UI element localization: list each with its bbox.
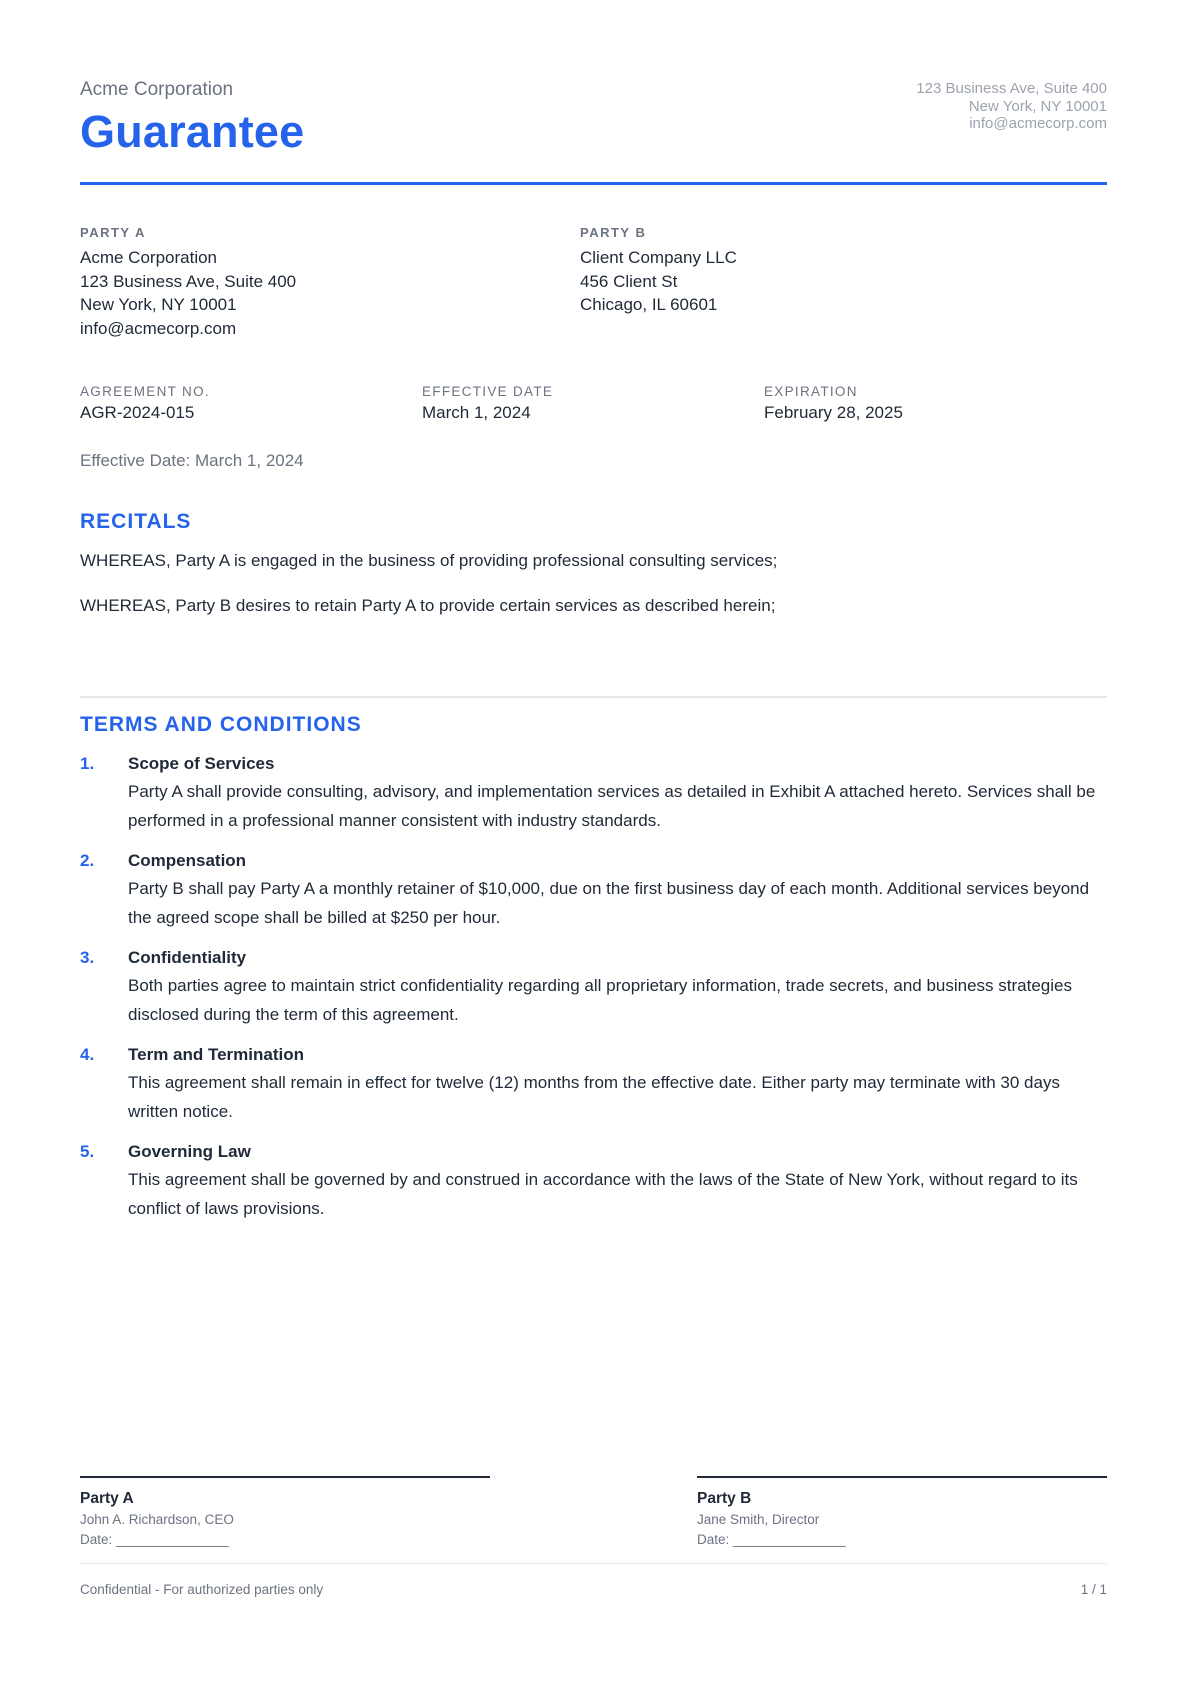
terms-heading: TERMS AND CONDITIONS [80, 713, 362, 737]
term-number: 1. [80, 754, 94, 774]
recital-paragraph: WHEREAS, Party B desires to retain Party… [80, 596, 775, 616]
address-line: 123 Business Ave, Suite 400 [916, 80, 1107, 98]
meta-value: AGR-2024-015 [80, 403, 410, 423]
term-title: Governing Law [128, 1142, 251, 1162]
signatory-name: John A. Richardson, CEO [80, 1510, 490, 1530]
signature-party: Party B [697, 1490, 1107, 1508]
company-address: 123 Business Ave, Suite 400 New York, NY… [916, 80, 1107, 133]
term-body: Party B shall pay Party A a monthly reta… [128, 874, 1108, 932]
party-a-city: New York, NY 10001 [80, 293, 560, 317]
signature-date[interactable]: Date: _______________ [80, 1530, 490, 1550]
term-body: Both parties agree to maintain strict co… [128, 971, 1108, 1029]
recital-paragraph: WHEREAS, Party A is engaged in the busin… [80, 551, 777, 571]
meta-value: February 28, 2025 [764, 403, 1094, 423]
meta-label: EFFECTIVE DATE [422, 384, 752, 399]
party-a-block: PARTY A Acme Corporation 123 Business Av… [80, 225, 560, 340]
term-body: This agreement shall be governed by and … [128, 1165, 1108, 1223]
recitals-heading: RECITALS [80, 510, 191, 534]
term-number: 4. [80, 1045, 94, 1065]
meta-label: EXPIRATION [764, 384, 1094, 399]
term-number: 3. [80, 948, 94, 968]
header-rule [80, 182, 1107, 185]
meta-expiration: EXPIRATION February 28, 2025 [764, 384, 1094, 423]
signature-date[interactable]: Date: _______________ [697, 1530, 1107, 1550]
term-body: Party A shall provide consulting, adviso… [128, 777, 1108, 835]
party-b-city: Chicago, IL 60601 [580, 293, 1060, 317]
meta-agreement-no: AGREEMENT NO. AGR-2024-015 [80, 384, 410, 423]
signatory-name: Jane Smith, Director [697, 1510, 1107, 1530]
document-page: Acme Corporation Guarantee 123 Business … [80, 0, 1107, 1683]
signature-line[interactable] [80, 1476, 490, 1478]
footer-divider [80, 1563, 1107, 1564]
party-a-street: 123 Business Ave, Suite 400 [80, 270, 560, 294]
term-title: Scope of Services [128, 754, 274, 774]
company-name: Acme Corporation [80, 79, 233, 101]
address-line: New York, NY 10001 [916, 98, 1107, 116]
signature-party: Party A [80, 1490, 490, 1508]
document-title: Guarantee [80, 106, 304, 158]
meta-label: AGREEMENT NO. [80, 384, 410, 399]
section-divider [80, 696, 1107, 698]
term-body: This agreement shall remain in effect fo… [128, 1068, 1108, 1126]
signature-block-party-b: Party B Jane Smith, Director Date: _____… [697, 1476, 1107, 1550]
term-title: Compensation [128, 851, 246, 871]
party-a-label: PARTY A [80, 225, 560, 240]
term-number: 2. [80, 851, 94, 871]
term-title: Term and Termination [128, 1045, 304, 1065]
signature-line[interactable] [697, 1476, 1107, 1478]
party-a-email: info@acmecorp.com [80, 317, 560, 341]
footer-confidential: Confidential - For authorized parties on… [80, 1582, 323, 1597]
party-b-name: Client Company LLC [580, 246, 1060, 270]
page-number: 1 / 1 [1081, 1582, 1107, 1597]
party-a-name: Acme Corporation [80, 246, 560, 270]
signature-block-party-a: Party A John A. Richardson, CEO Date: __… [80, 1476, 490, 1550]
party-b-label: PARTY B [580, 225, 1060, 240]
term-title: Confidentiality [128, 948, 246, 968]
party-b-block: PARTY B Client Company LLC 456 Client St… [580, 225, 1060, 317]
meta-value: March 1, 2024 [422, 403, 752, 423]
term-number: 5. [80, 1142, 94, 1162]
meta-effective-date: EFFECTIVE DATE March 1, 2024 [422, 384, 752, 423]
party-b-street: 456 Client St [580, 270, 1060, 294]
address-email: info@acmecorp.com [916, 115, 1107, 133]
effective-date-note: Effective Date: March 1, 2024 [80, 451, 304, 471]
